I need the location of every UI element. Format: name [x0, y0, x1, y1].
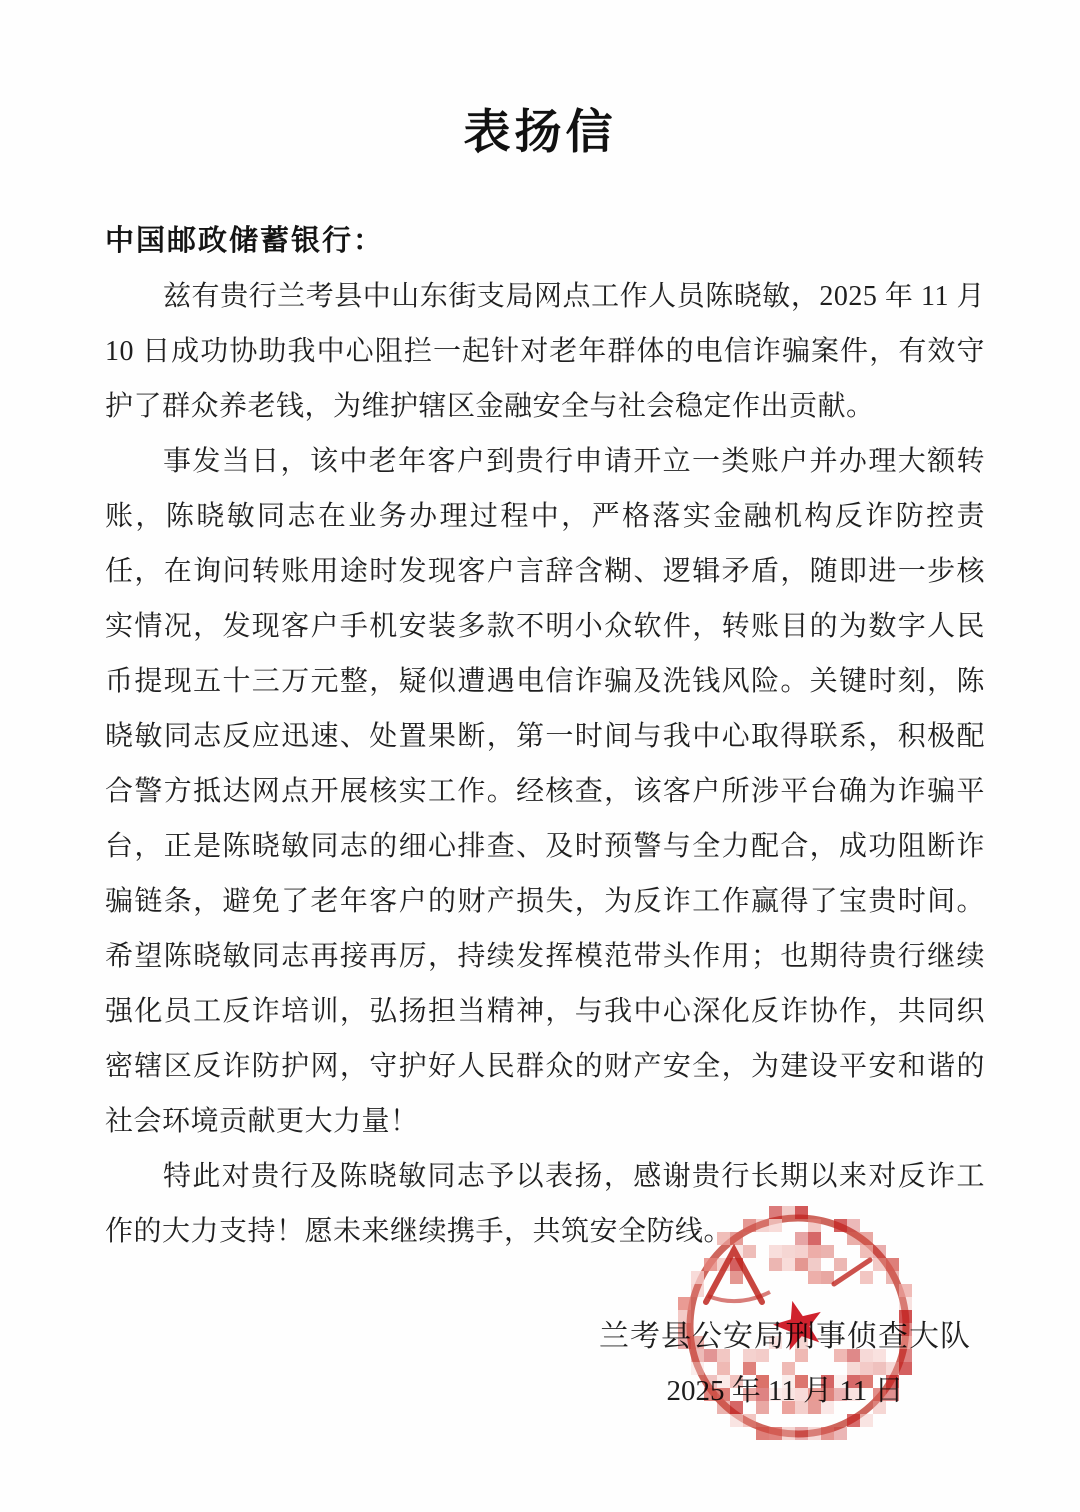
letter-body: 中国邮政储蓄银行： 兹有贵行兰考县中山东街支局网点工作人员陈晓敏，2025 年 … [105, 214, 985, 1419]
paragraph-incident: 事发当日，该中老年客户到贵行申请开立一类账户并办理大额转账，陈晓敏同志在业务办理… [105, 434, 985, 1149]
commendation-letter-page: 表扬信 中国邮政储蓄银行： 兹有贵行兰考县中山东街支局网点工作人员陈晓敏，202… [0, 0, 1080, 1512]
paragraph-closing: 特此对贵行及陈晓敏同志予以表扬，感谢贵行长期以来对反诈工作的大力支持！愿未来继续… [105, 1149, 985, 1259]
signature-date: 2025 年 11 月 11 日 [599, 1364, 971, 1419]
paragraph-intro: 兹有贵行兰考县中山东街支局网点工作人员陈晓敏，2025 年 11 月 10 日成… [105, 269, 985, 434]
letter-title: 表扬信 [0, 0, 1080, 164]
signature-block: 兰考县公安局刑事侦查大队 2025 年 11 月 11 日 [105, 1309, 985, 1419]
salutation: 中国邮政储蓄银行： [105, 214, 985, 269]
signature-organization: 兰考县公安局刑事侦查大队 [599, 1309, 971, 1364]
